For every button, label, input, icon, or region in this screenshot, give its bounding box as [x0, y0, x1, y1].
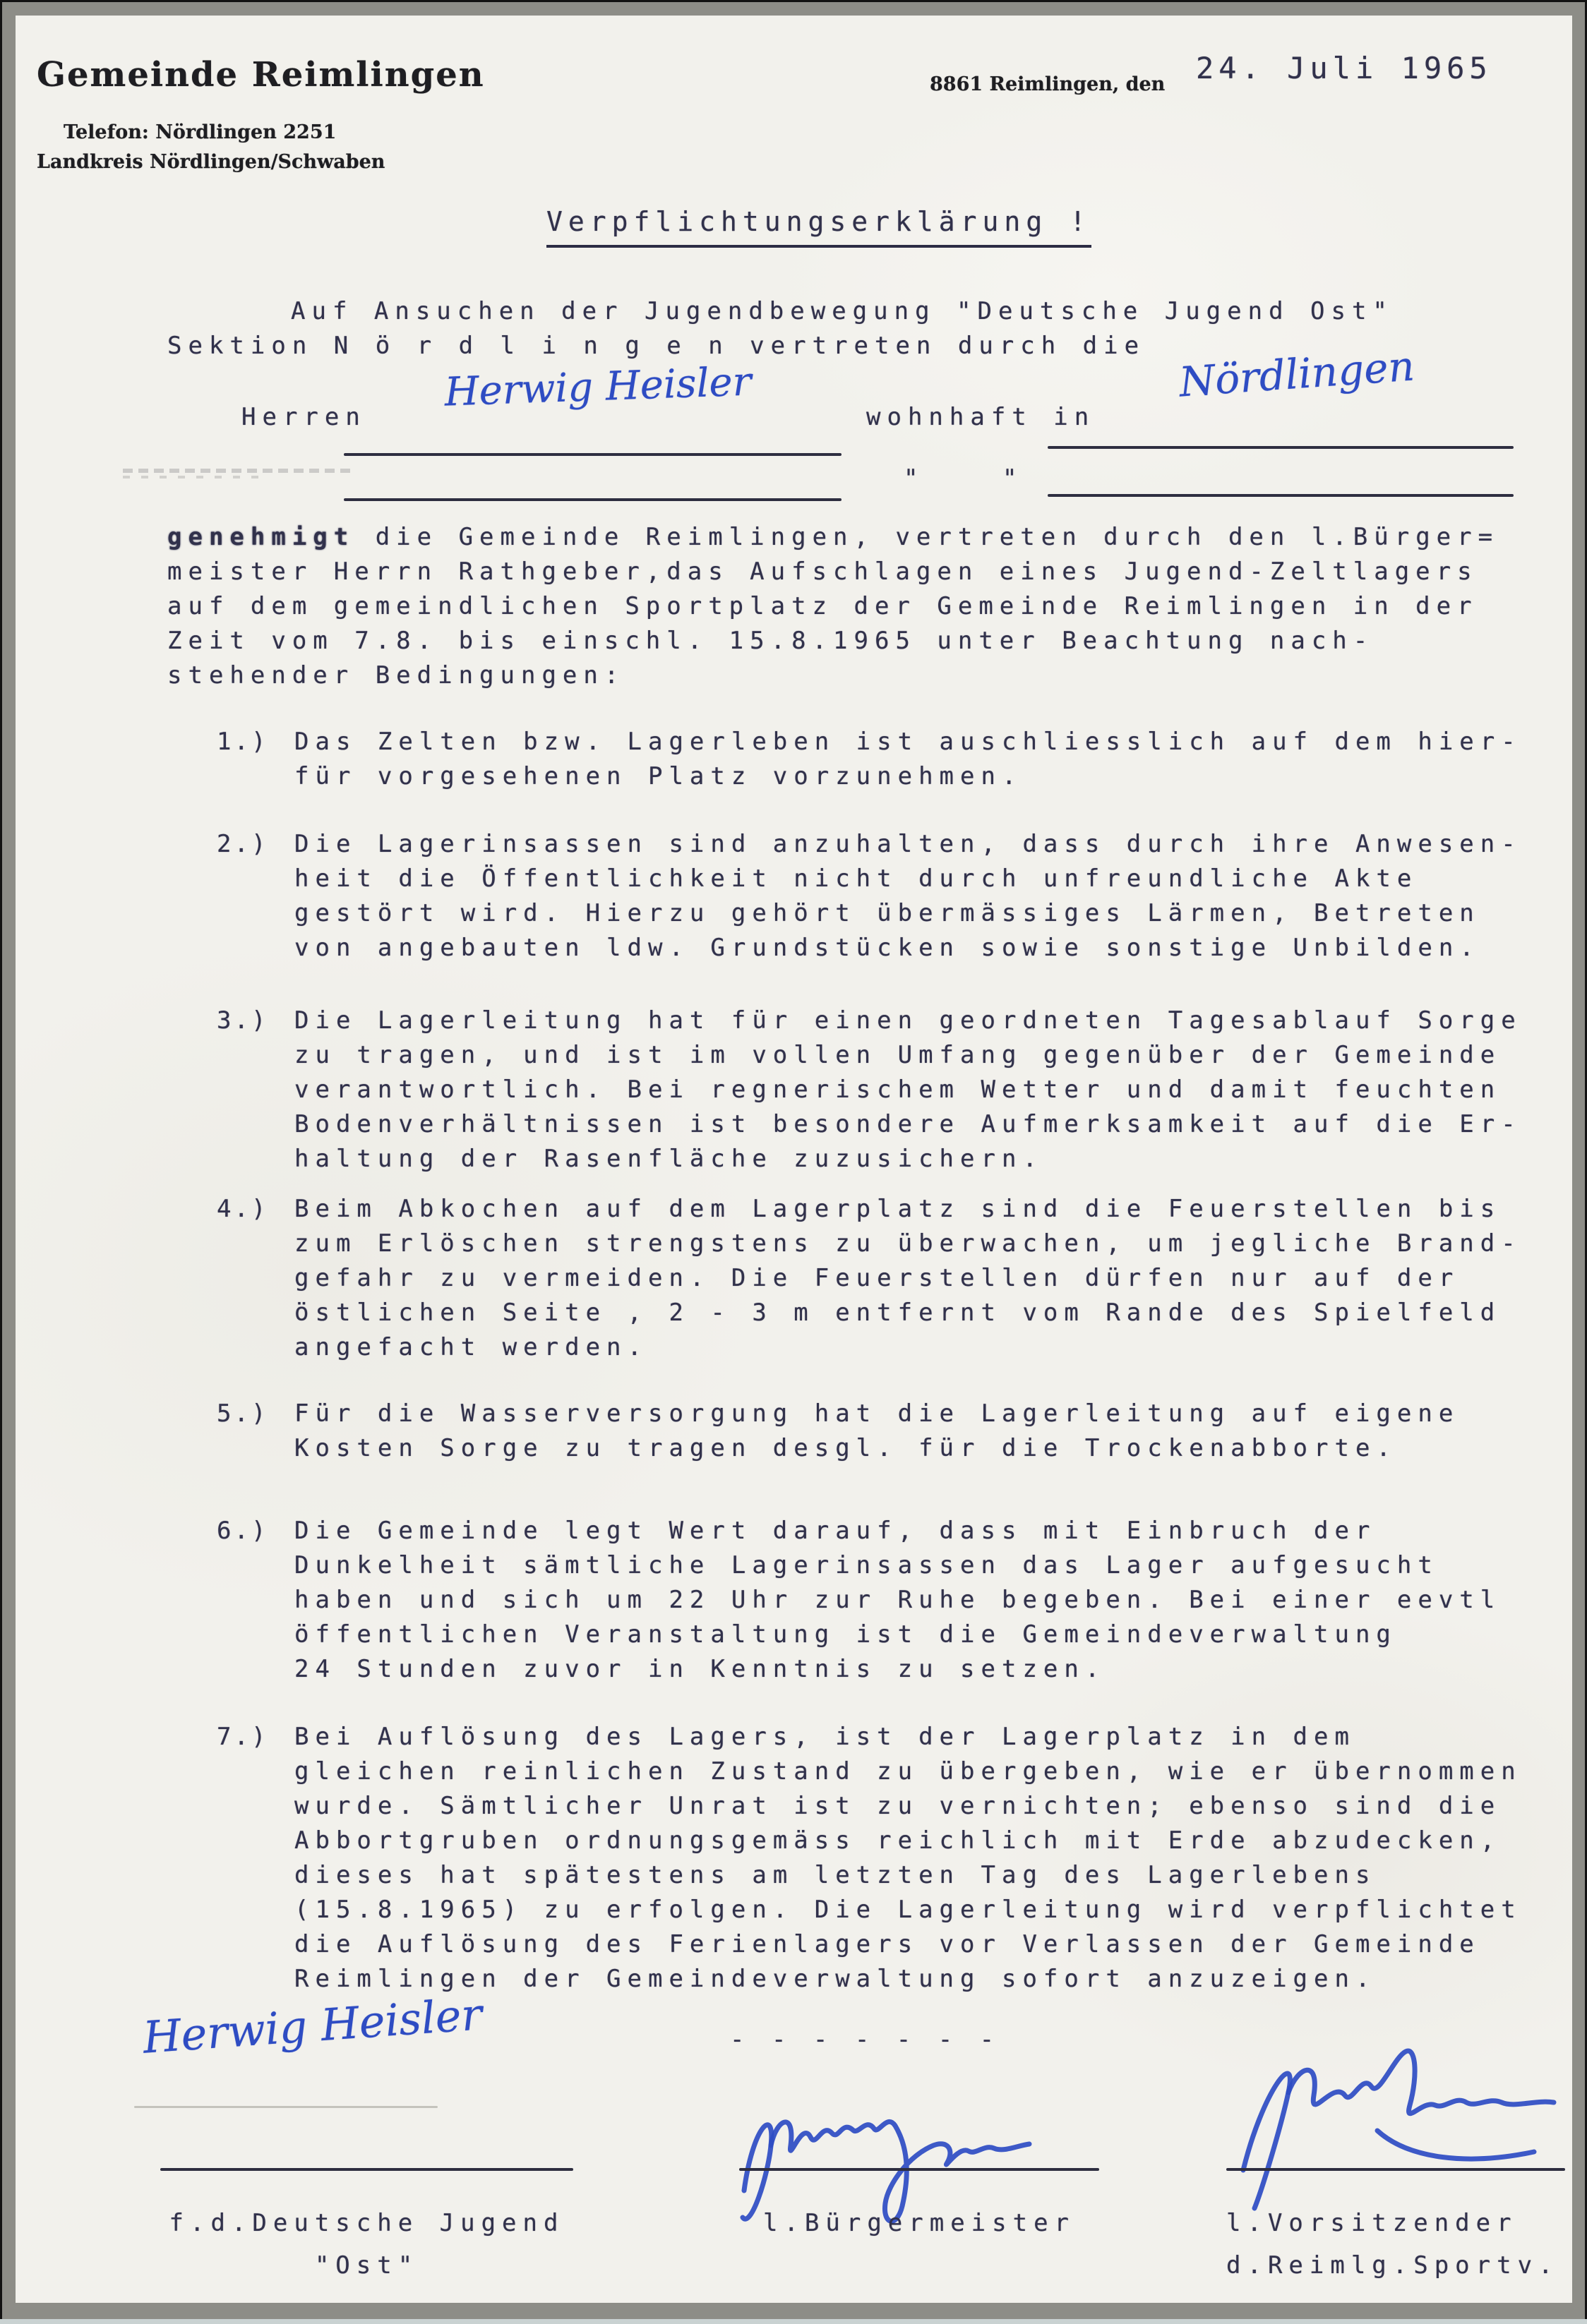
vorsitzender-signature-scrawl — [1219, 2030, 1565, 2217]
condition-text: Die Lagerleitung hat für einen geordnete… — [294, 1004, 1522, 1176]
condition-item-4: 4.) Beim Abkochen auf dem Lagerplatz sin… — [217, 1192, 1569, 1365]
signature-label-left: f.d.Deutsche Jugend "Ost" — [160, 2202, 573, 2287]
condition-item-7: 7.) Bei Auflösung des Lagers, ist der La… — [217, 1720, 1569, 1997]
typed-date: 24. Juli 1965 — [1196, 51, 1492, 85]
fill-line-blank-right — [1048, 494, 1514, 497]
condition-text: Bei Auflösung des Lagers, ist der Lagerp… — [294, 1720, 1522, 1997]
condition-text: Die Gemeinde legt Wert darauf, dass mit … — [294, 1514, 1501, 1687]
letterhead-district: Landkreis Nördlingen/Schwaben — [37, 151, 385, 173]
condition-number: 4.) — [217, 1192, 294, 1227]
signature-line-right — [1226, 2168, 1565, 2171]
signature-line-left — [160, 2168, 573, 2171]
scanned-document: Gemeinde Reimlingen Telefon: Nördlingen … — [0, 0, 1587, 2324]
signature-line-middle — [739, 2168, 1099, 2171]
signature-label-right: l.Vorsitzender d.Reimlg.Sportv. — [1226, 2202, 1572, 2287]
fill-line-name — [344, 453, 842, 456]
condition-number: 3.) — [217, 1004, 294, 1038]
ditto-mark-right: " — [1002, 462, 1023, 496]
condition-text: Für die Wasserversorgung hat die Lagerle… — [294, 1397, 1459, 1466]
approval-bold-word: genehmigt — [167, 523, 354, 551]
ditto-mark-left: " — [904, 462, 924, 496]
condition-item-2: 2.) Die Lagerinsassen sind anzuhalten, d… — [217, 827, 1569, 965]
condition-number: 6.) — [217, 1514, 294, 1548]
letterhead-org-name: Gemeinde Reimlingen — [37, 55, 485, 95]
condition-item-1: 1.) Das Zelten bzw. Lagerleben ist ausch… — [217, 725, 1569, 794]
approval-paragraph-rest: die Gemeinde Reimlingen, vertreten durch… — [167, 523, 1499, 690]
applicant-signature-handwritten: Herwig Heisler — [141, 1988, 484, 2063]
wohnhaft-label: wohnhaft in — [866, 400, 1095, 435]
herren-label: Herren — [241, 400, 366, 435]
condition-number: 2.) — [217, 827, 294, 862]
condition-text: Die Lagerinsassen sind anzuhalten, dass … — [294, 827, 1522, 965]
dash-separator: - - - - - - - — [730, 2023, 1000, 2057]
erased-text — [123, 469, 356, 473]
conditions-list: 1.) Das Zelten bzw. Lagerleben ist ausch… — [217, 725, 1569, 1997]
condition-number: 7.) — [217, 1720, 294, 1754]
approval-paragraph: genehmigt die Gemeinde Reimlingen, vertr… — [167, 520, 1572, 693]
letterhead-phone: Telefon: Nördlingen 2251 — [64, 121, 336, 143]
condition-number: 1.) — [217, 725, 294, 759]
document-title: Verpflichtungserklärung ! — [546, 205, 1091, 248]
fill-line-city — [1048, 446, 1514, 449]
scan-edge-strip — [0, 2319, 1587, 2324]
faint-line — [134, 2106, 438, 2108]
fill-line-blank-left — [344, 498, 842, 501]
condition-text: Beim Abkochen auf dem Lagerplatz sind di… — [294, 1192, 1522, 1365]
condition-item-5: 5.) Für die Wasserversorgung hat die Lag… — [217, 1397, 1569, 1466]
condition-item-3: 3.) Die Lagerleitung hat für einen geord… — [217, 1004, 1569, 1176]
handwritten-name: Herwig Heisler — [354, 356, 842, 419]
signature-label-middle: l.Bürgermeister — [739, 2202, 1099, 2244]
letter-page: Gemeinde Reimlingen Telefon: Nördlingen … — [16, 16, 1572, 2303]
condition-text: Das Zelten bzw. Lagerleben ist auschlies… — [294, 725, 1522, 794]
place-date-label: 8861 Reimlingen, den — [930, 73, 1165, 95]
condition-item-6: 6.) Die Gemeinde legt Wert darauf, dass … — [217, 1514, 1569, 1687]
condition-number: 5.) — [217, 1397, 294, 1431]
